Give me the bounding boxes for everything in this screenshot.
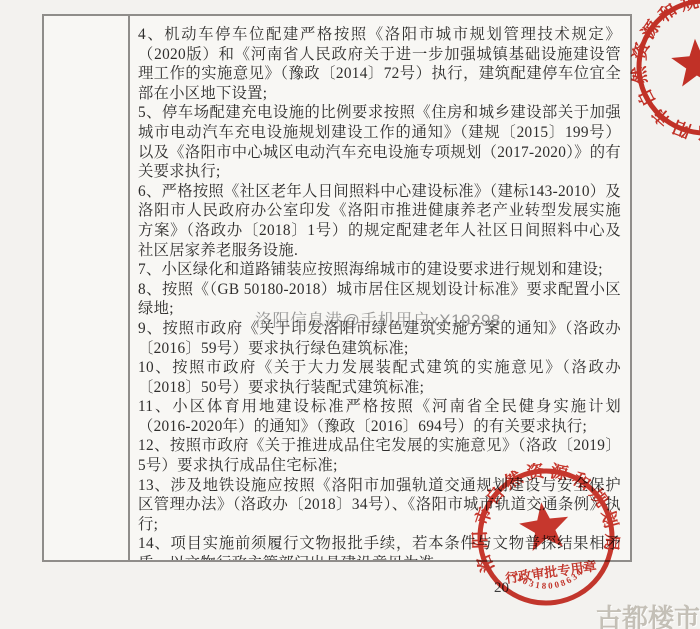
requirement-item: 11、小区体育用地建设标准严格按照《河南省全民健身实施计划（2016-2020年… bbox=[138, 397, 621, 436]
watermark-username: 洛阳信息港@手机用户xX19298 bbox=[255, 306, 501, 331]
requirement-item: 10、按照市政府《关于大力发展装配式建筑的实施意见》（洛政办〔2018〕50号）… bbox=[138, 358, 621, 397]
official-seal: 洛阳市自然资源和规划局 行政审批专用章 4103180086343 bbox=[461, 452, 630, 621]
star-icon bbox=[665, 34, 700, 94]
scanned-document-page: 4、机动车停车位配建严格按照《洛阳市城市规划管理技术规定》（2020版）和《河南… bbox=[0, 0, 700, 629]
requirement-item: 7、小区绿化和道路铺装应按照海绵城市的建设要求进行规划和建设; bbox=[138, 260, 621, 280]
star-icon bbox=[517, 499, 573, 552]
requirement-item: 6、严格按照《社区老年人日间照料中心建设标准》（建标143-2010）及洛阳市人… bbox=[138, 182, 621, 260]
requirement-item: 4、机动车停车位配建严格按照《洛阳市城市规划管理技术规定》（2020版）和《河南… bbox=[138, 25, 621, 103]
requirement-item: 5、停车场配建充电设施的比例要求按照《住房和城乡建设部关于加强城市电动汽车充电设… bbox=[138, 103, 621, 181]
